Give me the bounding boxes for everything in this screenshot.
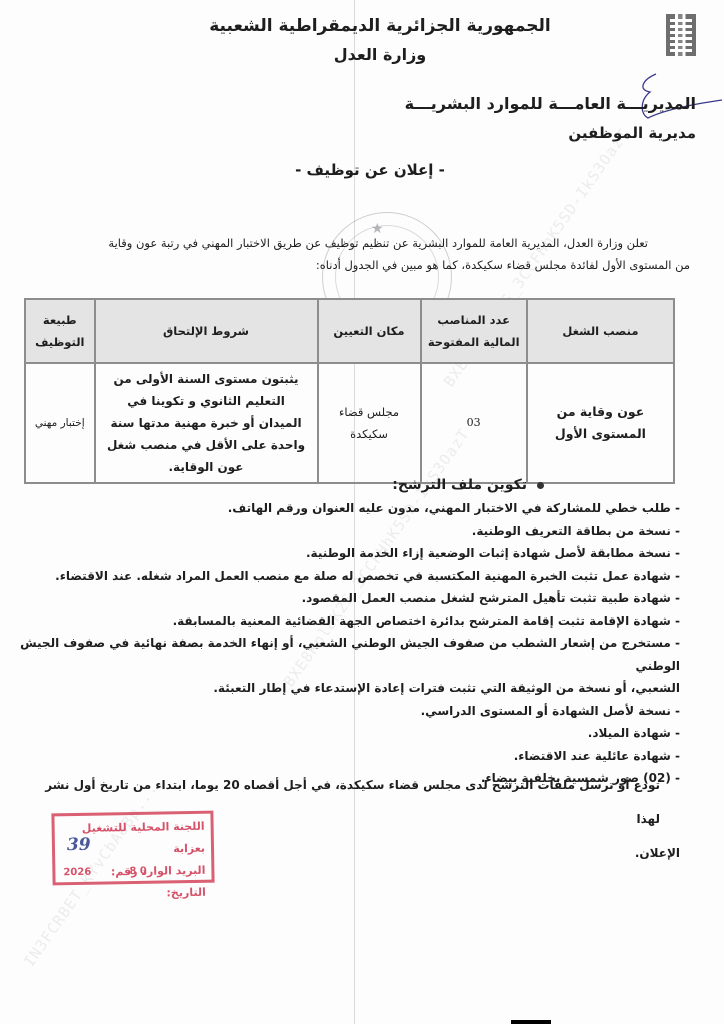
qr-code-icon	[666, 14, 696, 56]
directorate-general: المديريـــة العامـــة للموارد البشريـــة	[405, 94, 696, 113]
received-mail-stamp: اللجنة المحلية للتشغيل بعزابة البريد الو…	[51, 811, 214, 886]
directorate: مديرية الموظفين	[568, 124, 696, 142]
intro-line: من المستوى الأول لفائدة مجلس قضاء سكيكدة…	[36, 254, 690, 276]
application-file-title-text: تكوين ملف الترشح:	[392, 477, 527, 493]
list-item: - شهادة الإقامة تثبت إقامة المترشح بدائر…	[20, 610, 680, 633]
stamp-month: 0 8	[129, 861, 147, 883]
stamp-number: 39	[67, 834, 91, 856]
header-recruitment-type: طبيعة التوظيف	[25, 299, 95, 363]
header-conditions: شروط الإلتحاق	[95, 299, 318, 363]
header-location: مكان التعيين	[318, 299, 421, 363]
list-item: - شهادة طبية تثبت تأهيل المترشح لشغل منص…	[20, 587, 680, 610]
page-title: - إعلان عن توظيف -	[250, 161, 490, 179]
cell-location: مجلس قضاء سكيكدة	[318, 363, 421, 483]
list-item: - نسخة من بطاقة التعريف الوطنية.	[20, 520, 680, 543]
list-item: - شهادة عائلية عند الاقتضاء.	[20, 745, 680, 768]
required-documents-list: - طلب خطي للمشاركة في الاختبار المهني، م…	[20, 497, 680, 790]
header-positions-count: عدد المناصب المالية المفتوحة	[421, 299, 527, 363]
stamp-year: 2026	[63, 862, 91, 884]
ministry-header: وزارة العدل	[190, 45, 570, 64]
redaction-bar	[511, 1020, 551, 1024]
stamp-line: التاريخ:	[62, 882, 206, 907]
positions-table: منصب الشغل عدد المناصب المالية المفتوحة …	[24, 298, 675, 484]
table-header-row: منصب الشغل عدد المناصب المالية المفتوحة …	[25, 299, 674, 363]
table-row: عون وقاية من المستوى الأول 03 مجلس قضاء …	[25, 363, 674, 483]
list-item: - مستخرج من إشعار الشطب من صفوف الجيش ال…	[20, 632, 680, 677]
header-position: منصب الشغل	[527, 299, 674, 363]
list-item: - نسخة لأصل الشهادة أو المستوى الدراسي.	[20, 700, 680, 723]
bullet-icon	[537, 482, 544, 489]
list-item: - طلب خطي للمشاركة في الاختبار المهني، م…	[20, 497, 680, 520]
application-file-title: تكوين ملف الترشح:	[392, 477, 544, 493]
intro-line: تعلن وزارة العدل، المديرية العامة للموار…	[36, 232, 690, 254]
republic-header: الجمهورية الجزائرية الديمقراطية الشعبية	[190, 16, 570, 36]
cell-recruitment-type: إختبار مهني	[25, 363, 95, 483]
cell-conditions: يثبتون مستوى السنة الأولى من التعليم الث…	[95, 363, 318, 483]
list-item: الشعبي، أو نسخة من الوثيقة التي تثبت فتر…	[20, 677, 680, 700]
cell-position: عون وقاية من المستوى الأول	[527, 363, 674, 483]
intro-paragraph: تعلن وزارة العدل، المديرية العامة للموار…	[36, 232, 690, 276]
list-item: - شهادة عمل تثبت الخبرة المهنية المكتسبة…	[20, 565, 680, 588]
document-page: BXE8KplaK2S_3CCFHhK5SD-IkS3OazT BXE8Kpla…	[0, 0, 724, 1024]
cell-positions-count: 03	[421, 363, 527, 483]
list-item: - شهادة الميلاد.	[20, 722, 680, 745]
list-item: - نسخة مطابقة لأصل شهادة إثبات الوضعية إ…	[20, 542, 680, 565]
